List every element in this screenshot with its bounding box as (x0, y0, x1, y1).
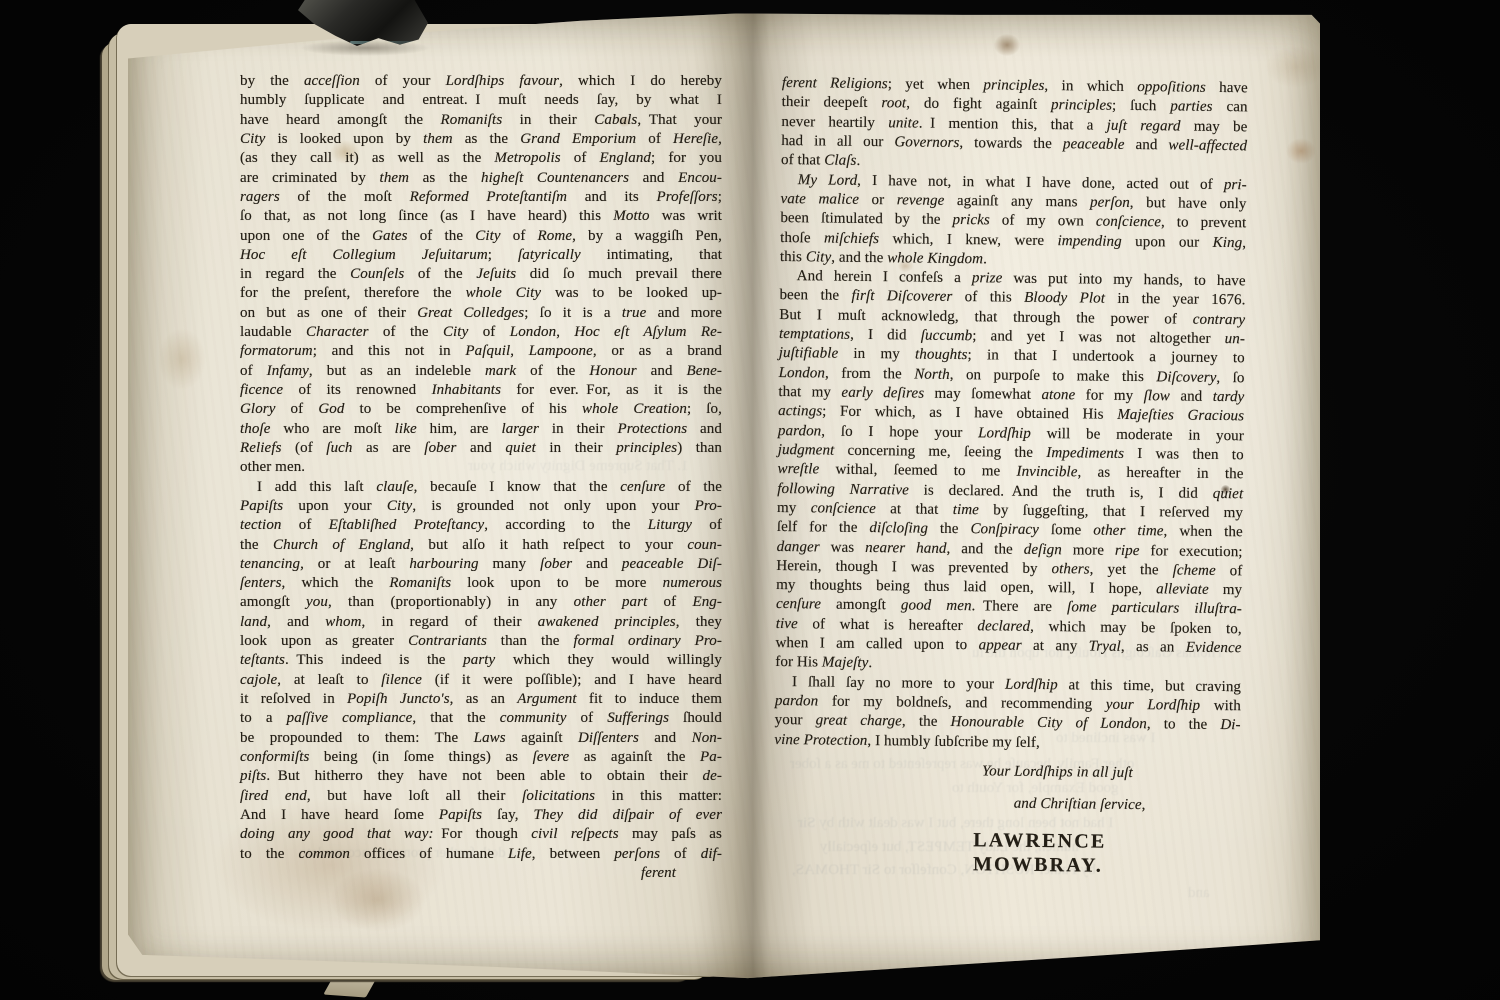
italic-text: pardon (775, 693, 819, 709)
italic-text: others (1052, 561, 1090, 577)
italic-text: vate malice (780, 191, 859, 208)
left-page-text: by the acceſſion of your Lordſhips favou… (240, 72, 722, 883)
roman-text: it reſolved in (240, 691, 347, 707)
roman-text: ; and yet I was not altogether (972, 328, 1225, 347)
roman-text: , (1242, 235, 1246, 251)
roman-text: of its renowned (283, 382, 431, 398)
roman-text: . There are (972, 599, 1068, 616)
italic-text: party (463, 652, 495, 668)
text-line: for the preſent, therefore the whole Cit… (240, 284, 722, 303)
italic-text: early deſires (841, 385, 924, 402)
italic-text: principles (983, 77, 1044, 94)
roman-text: I ſhall ſay no more to your (792, 674, 1005, 692)
italic-text: Diſſenters (578, 730, 639, 746)
roman-text: of the (408, 228, 476, 244)
italic-text: vine Protection (774, 732, 867, 749)
italic-text: time (953, 502, 979, 518)
roman-text: ; (488, 247, 518, 263)
italic-text: They did diſpair of ever (534, 807, 722, 823)
roman-text: look upon as greater (240, 633, 408, 649)
italic-text: Evidence (1186, 640, 1242, 657)
text-line: And I have heard ſome Papiſts ſay, They … (240, 806, 722, 825)
italic-text: coun- (687, 537, 722, 553)
text-line: doing any good that way: For though civi… (240, 825, 722, 844)
italic-text: Great Colledges (417, 305, 524, 321)
roman-text: of this (952, 289, 1024, 306)
italic-text: Church of England (273, 537, 410, 553)
roman-text: my (777, 500, 811, 516)
roman-text: , yet the (1090, 561, 1173, 578)
roman-text: and (637, 363, 687, 379)
roman-text: of the (665, 479, 722, 495)
italic-text: ſired end (240, 788, 307, 804)
italic-text: ſatyrically (518, 247, 581, 263)
roman-text: of the moſt (280, 189, 410, 205)
text-line: teſtants. This indeed is the party which… (240, 651, 722, 670)
roman-text: , or at leaſt (300, 556, 409, 572)
italic-text: Inhabitants (432, 382, 501, 398)
roman-text: , but as an indeleble (309, 363, 485, 379)
roman-text: , I did (850, 327, 921, 344)
text-line: it reſolved in Popiſh Juncto's, as an Ar… (240, 690, 722, 709)
italic-text: Life (508, 846, 532, 862)
roman-text: of (561, 150, 600, 166)
text-line: be propounded to them: The Laws againſt … (240, 729, 722, 748)
italic-text: Laws (474, 730, 506, 746)
roman-text: , which I do hereby (559, 73, 722, 89)
roman-text: , which the (282, 575, 390, 591)
roman-text: him, are (417, 421, 502, 437)
roman-text: (as they call it) as well as the (240, 150, 494, 166)
italic-text: Pa- (700, 749, 722, 765)
italic-text: ripe (1115, 542, 1140, 558)
roman-text: for my (1075, 387, 1144, 404)
roman-text: , they (676, 614, 722, 630)
text-line: ſired end, but have loſt all their ſolic… (240, 787, 722, 806)
italic-text: well-affected (1168, 137, 1247, 154)
italic-text: Lordſhip (978, 425, 1031, 442)
text-line: have heard amongſt the Romaniſts in thei… (240, 111, 722, 130)
italic-text: Invincible (1016, 464, 1077, 481)
roman-text: upon one of the (240, 228, 372, 244)
roman-text: in their (536, 440, 616, 456)
roman-text: on but as one of their (240, 305, 417, 321)
roman-text: , which may be ſpoken to, (1030, 619, 1242, 637)
roman-text: ; (718, 189, 722, 205)
roman-text: this (780, 249, 806, 265)
roman-text: as are (353, 440, 425, 456)
roman-text: withal, ſeemed to me (819, 462, 1016, 480)
italic-text: ſenters (240, 575, 282, 591)
roman-text: , I have not, in what I have done, acted… (857, 172, 1224, 192)
italic-text: ſuch (326, 440, 352, 456)
italic-text: great charge (816, 713, 903, 730)
italic-text: wreſtle (777, 461, 819, 477)
roman-text: I was then to (1124, 446, 1244, 463)
roman-text: in this matter: (595, 788, 722, 804)
text-line: ſenters, which the Romaniſts look upon t… (240, 574, 722, 593)
roman-text: , (510, 343, 528, 359)
italic-text: ragers (240, 189, 280, 205)
text-line: Papiſts upon your City, is grounded not … (240, 497, 722, 516)
roman-text: ſhould (669, 710, 722, 726)
text-line: Reliefs (of ſuch as are ſober and quiet … (240, 439, 722, 458)
roman-text: by the (240, 73, 304, 89)
italic-text: diſcloſing (869, 520, 928, 537)
roman-text: . This indeed is the (285, 652, 463, 668)
italic-text: Popiſh Juncto's (347, 691, 450, 707)
italic-text: quiet (1213, 485, 1244, 501)
italic-text: principles (616, 440, 677, 456)
italic-text: Your Lordſhips in all juſt (982, 763, 1133, 781)
roman-text: look upon to be more (451, 575, 662, 591)
roman-text: , by a waggiſh Pen, (572, 228, 722, 244)
roman-text: the (928, 521, 971, 537)
roman-text: , and the (946, 540, 1023, 557)
italic-text: Bloody Plot (1024, 290, 1105, 307)
italic-text: Gates (372, 228, 408, 244)
italic-text: Romaniſts (389, 575, 451, 591)
roman-text: my thoughts being thus laid open, will, … (776, 577, 1156, 597)
photo-stage: but doth further prompt to accumulate1. … (0, 0, 1500, 1000)
italic-text: Argument (517, 691, 576, 707)
italic-text: dif- (701, 846, 722, 862)
italic-text: Majeſties Gracious (1117, 407, 1244, 424)
roman-text: and (639, 730, 692, 746)
text-line: thoſe who are moſt like him, are larger … (240, 420, 722, 439)
italic-text: declared (977, 618, 1030, 635)
roman-text: of the (516, 363, 589, 379)
italic-text: cenſure (776, 596, 821, 613)
italic-text: nearer hand (865, 539, 947, 556)
italic-text: ficence (240, 382, 283, 398)
text-line: ferent (240, 864, 722, 883)
italic-text: conſcience (811, 500, 876, 517)
roman-text: been ſtimulated by the (780, 210, 952, 228)
italic-text: following Narrative (777, 481, 909, 498)
italic-text: miſchiefs (824, 230, 879, 247)
roman-text: ; yet when (888, 76, 984, 93)
roman-text: of (501, 228, 538, 244)
roman-text: for ever. For, as it is the (501, 382, 722, 398)
roman-text: in regard the (240, 266, 350, 282)
text-line: Hoc eſt Collegium Jeſuitarum; ſatyricall… (240, 246, 722, 265)
italic-text: juſt regard (1107, 117, 1181, 134)
roman-text: of what is hereafter (798, 616, 978, 634)
roman-text: of (647, 594, 692, 610)
italic-text: London (779, 365, 826, 382)
roman-text: , That your (637, 112, 722, 128)
italic-text: Conſpiracy (970, 521, 1039, 538)
italic-text: them (423, 131, 453, 147)
italic-text: Counſels (350, 266, 404, 282)
italic-text: Majeſty (822, 655, 869, 672)
roman-text: , on purpoſe to make this (950, 367, 1157, 385)
italic-text: un- (1225, 331, 1245, 347)
roman-text: or (859, 192, 897, 208)
roman-text: fit to induce them (577, 691, 722, 707)
italic-text: ſober (540, 556, 572, 572)
roman-text: for the preſent, therefore the (240, 285, 466, 301)
roman-text: Herein, though I was prevented by (776, 558, 1051, 577)
text-line: (as they call it) as well as the Metropo… (240, 149, 722, 168)
italic-text: awakened principles (538, 614, 676, 630)
roman-text: of (660, 846, 701, 862)
italic-text: Impediments (1046, 445, 1124, 462)
italic-text: City (806, 249, 832, 265)
roman-text: offices of humane (350, 846, 508, 862)
roman-text: , in which (1044, 78, 1137, 95)
italic-text: Diſcovery (1156, 369, 1216, 386)
roman-text: be propounded to them: The (240, 730, 474, 746)
italic-text: prize (972, 270, 1003, 286)
text-line: tenancing, or at leaſt harbouring many ſ… (240, 555, 722, 574)
roman-text: being (in ſome things) as (309, 749, 532, 765)
italic-text: Honour (589, 363, 636, 379)
roman-text: , (718, 131, 722, 147)
italic-text: formal ordinary Pro- (573, 633, 722, 649)
italic-text: King (1213, 234, 1243, 250)
italic-text: harbouring (409, 556, 478, 572)
italic-text: Rome (538, 228, 573, 244)
roman-text: may paſs as (619, 826, 722, 842)
italic-text: Hoc eſt Collegium Jeſuitarum (240, 247, 488, 263)
roman-text: are criminated by (240, 170, 380, 186)
italic-text: Non- (692, 730, 722, 746)
roman-text: of (240, 363, 267, 379)
roman-text: , than (proportionably) in any (328, 594, 574, 610)
italic-text: Eſtabliſhed Proteſtancy (329, 517, 485, 533)
italic-text: ſilence (381, 672, 422, 688)
roman-text: , from the (825, 365, 914, 382)
roman-text: , becauſe I know that the (414, 479, 621, 495)
italic-text: and Chriſtian ſervice, (1014, 796, 1146, 813)
right-page-text: ferent Religions; yet when principles, i… (773, 74, 1248, 855)
italic-text: City (443, 324, 468, 340)
roman-text: I add this laſt (257, 479, 376, 495)
italic-text: de- (703, 768, 722, 784)
italic-text: London (510, 324, 556, 340)
roman-text: which they would willingly (495, 652, 722, 668)
roman-text: And I have heard ſome (240, 807, 439, 823)
italic-text: ſevere (533, 749, 570, 765)
roman-text: . (983, 251, 987, 267)
italic-text: England (599, 150, 651, 166)
roman-text: which, I knew, were (879, 231, 1058, 249)
italic-text: Bene- (687, 363, 722, 379)
italic-text: whole Kingdom (887, 250, 983, 267)
roman-text: , but alſo it hath reſpect to your (410, 537, 687, 553)
roman-text: , as an (450, 691, 518, 707)
italic-text: Governors (894, 134, 959, 151)
italic-text: ſlow (1144, 388, 1170, 404)
italic-text: Paſquil (465, 343, 510, 359)
roman-text: of that (781, 152, 824, 168)
italic-text: City (387, 498, 412, 514)
roman-text: thoſe (780, 229, 824, 245)
roman-text: may ſomewhat (924, 386, 1041, 403)
italic-text: Pro- (695, 498, 722, 514)
roman-text: been the (779, 287, 851, 304)
italic-text: North (914, 366, 950, 382)
roman-text: ) than (677, 440, 722, 456)
roman-text: And herein I confeſs a (797, 268, 972, 286)
roman-text: againſt (506, 730, 578, 746)
roman-text: may be (1180, 118, 1247, 135)
roman-text: , ſo (1216, 370, 1244, 386)
italic-text: Motto (613, 208, 649, 224)
roman-text: upon your (283, 498, 387, 514)
text-line: City is looked upon by them as the Grand… (240, 130, 722, 149)
roman-text: , I humbly ſubſcribe my ſelf, (867, 733, 1040, 751)
roman-text: , at leaſt to (277, 672, 381, 688)
italic-text: Papiſts (439, 807, 482, 823)
italic-text: Glory (240, 401, 276, 417)
italic-text: other part (574, 594, 648, 610)
text-line: in regard the Counſels of the Jeſuits di… (240, 265, 722, 284)
roman-text: for execution; (1139, 543, 1242, 560)
italic-text: like (395, 421, 417, 437)
roman-text: and (687, 421, 722, 437)
roman-text: when I am called upon to (775, 635, 978, 653)
roman-text: for His (775, 654, 822, 671)
italic-text: Contrariants (408, 633, 487, 649)
roman-text: , ſo I hope your (821, 423, 978, 441)
italic-text: numerous (663, 575, 722, 591)
italic-text: perſon (1090, 194, 1130, 210)
roman-text: , is grounded not only upon your (412, 498, 694, 514)
roman-text: have (1206, 80, 1248, 96)
roman-text: and (629, 170, 678, 186)
text-line: by the acceſſion of your Lordſhips favou… (240, 72, 722, 91)
italic-text: your Lordſhip (1106, 697, 1200, 714)
roman-text: ; ſo, (687, 401, 722, 417)
roman-text: (of (282, 440, 327, 456)
roman-text: was put into my hands, to have (1002, 271, 1245, 290)
italic-text: common (299, 846, 350, 862)
roman-text: laudable (240, 324, 306, 340)
italic-text: oppoſitions (1137, 79, 1206, 96)
italic-text: Honourable City of London (950, 714, 1147, 732)
roman-text: humbly ſupplicate and entreat. I muſt ne… (240, 92, 722, 108)
italic-text: Hoc eſt Aſylum Re- (574, 324, 722, 340)
italic-text: firſt Diſcoverer (851, 288, 952, 305)
roman-text: , and the (831, 249, 887, 266)
roman-text: for my boldneſs, and recommending (818, 693, 1106, 712)
roman-text: . (868, 655, 872, 671)
roman-text: as againſt the (569, 749, 700, 765)
italic-text: ſober (424, 440, 456, 456)
roman-text: to the (240, 846, 299, 862)
roman-text: , to prevent (1161, 214, 1247, 231)
italic-text: higheſt Countenancers (481, 170, 629, 186)
roman-text: , as an (1121, 639, 1186, 656)
italic-text: temptations (779, 326, 850, 343)
italic-text: other time (1093, 523, 1164, 540)
italic-text: you (306, 594, 328, 610)
text-line: and Chriſtian ſervice, (774, 792, 1240, 817)
text-line: of Infamy, but as an indeleble mark of t… (240, 362, 722, 381)
roman-text: , and (267, 614, 325, 630)
italic-text: Protections (617, 421, 687, 437)
italic-text: peaceable Diſ- (622, 556, 722, 572)
text-line: amongſt you, than (proportionably) in an… (240, 593, 722, 612)
text-line: on but as one of their Great Colledges; … (240, 304, 722, 323)
roman-text: of (468, 324, 509, 340)
roman-text: and (456, 440, 505, 456)
italic-text: conſcience (1096, 214, 1161, 231)
italic-text: Grand Emporium (520, 131, 636, 147)
italic-text: larger (501, 421, 539, 437)
italic-text: conformiſts (240, 749, 309, 765)
italic-text: Eng- (692, 594, 722, 610)
italic-text: contrary (1193, 311, 1246, 328)
text-line: ficence of its renowned Inhabitants for … (240, 381, 722, 400)
italic-text: ferent Religions (782, 75, 888, 92)
text-line: piſts. But hitherro they have not been a… (240, 767, 722, 786)
text-line: look upon as greater Contrariants than t… (240, 632, 722, 651)
roman-text: did ſo much prevail there (516, 266, 722, 282)
italic-text: juſtifiable (779, 345, 839, 362)
roman-text: and (1170, 388, 1213, 404)
roman-text: can (1213, 99, 1248, 115)
italic-text: clauſe (376, 479, 413, 495)
roman-text: who are moſt (271, 421, 395, 437)
italic-text: My Lord (798, 172, 858, 189)
roman-text: never heartily (781, 114, 888, 131)
roman-text: , the (902, 714, 951, 731)
italic-text: formatorum (240, 343, 313, 359)
italic-text: whom (325, 614, 361, 630)
roman-text: , do fight againſt (906, 96, 1051, 114)
roman-text: in my (838, 346, 915, 363)
italic-text: appear (979, 637, 1022, 653)
italic-text: Di- (1220, 717, 1240, 733)
text-line: to a paſſive compliance, that the commun… (240, 709, 722, 728)
italic-text: Romaniſts (441, 112, 503, 128)
roman-text: . But hitherro they have not been able t… (266, 768, 702, 784)
text-line: Your Lordſhips in all juſt (774, 760, 1240, 785)
roman-text: , or as a brand (593, 343, 722, 359)
roman-text: concerning me, ſeeing the (834, 443, 1046, 461)
italic-text: doing any good that way: (240, 826, 434, 842)
italic-text: Hereſie (673, 131, 718, 147)
italic-text: parties (1170, 99, 1213, 115)
italic-text: Lordſhip (1005, 676, 1058, 693)
italic-text: ſuccumb (921, 328, 973, 345)
roman-text: ; in that I undertook a journey to (967, 347, 1244, 366)
roman-text: at this time, but craving (1058, 677, 1241, 695)
roman-text: many (479, 556, 540, 572)
roman-text: ſo that, as not long ſince (as I have he… (240, 208, 613, 224)
roman-text: of the (404, 266, 476, 282)
roman-text: as the (409, 170, 481, 186)
italic-text: City (475, 228, 500, 244)
text-line: upon one of the Gates of the City of Rom… (240, 227, 722, 246)
italic-text: root (881, 95, 906, 111)
italic-text: land (240, 614, 267, 630)
roman-text: at any (1022, 638, 1089, 655)
roman-text: of (1216, 563, 1243, 579)
italic-text: Encou- (678, 170, 722, 186)
italic-text: alleviate (1156, 581, 1209, 598)
italic-text: teſtants (240, 652, 285, 668)
italic-text: atone (1041, 387, 1075, 403)
italic-text: Infamy (267, 363, 309, 379)
roman-text: of my own (990, 213, 1096, 230)
text-line: land, and whom, in regard of their awake… (240, 613, 722, 632)
roman-text: in their (539, 421, 617, 437)
